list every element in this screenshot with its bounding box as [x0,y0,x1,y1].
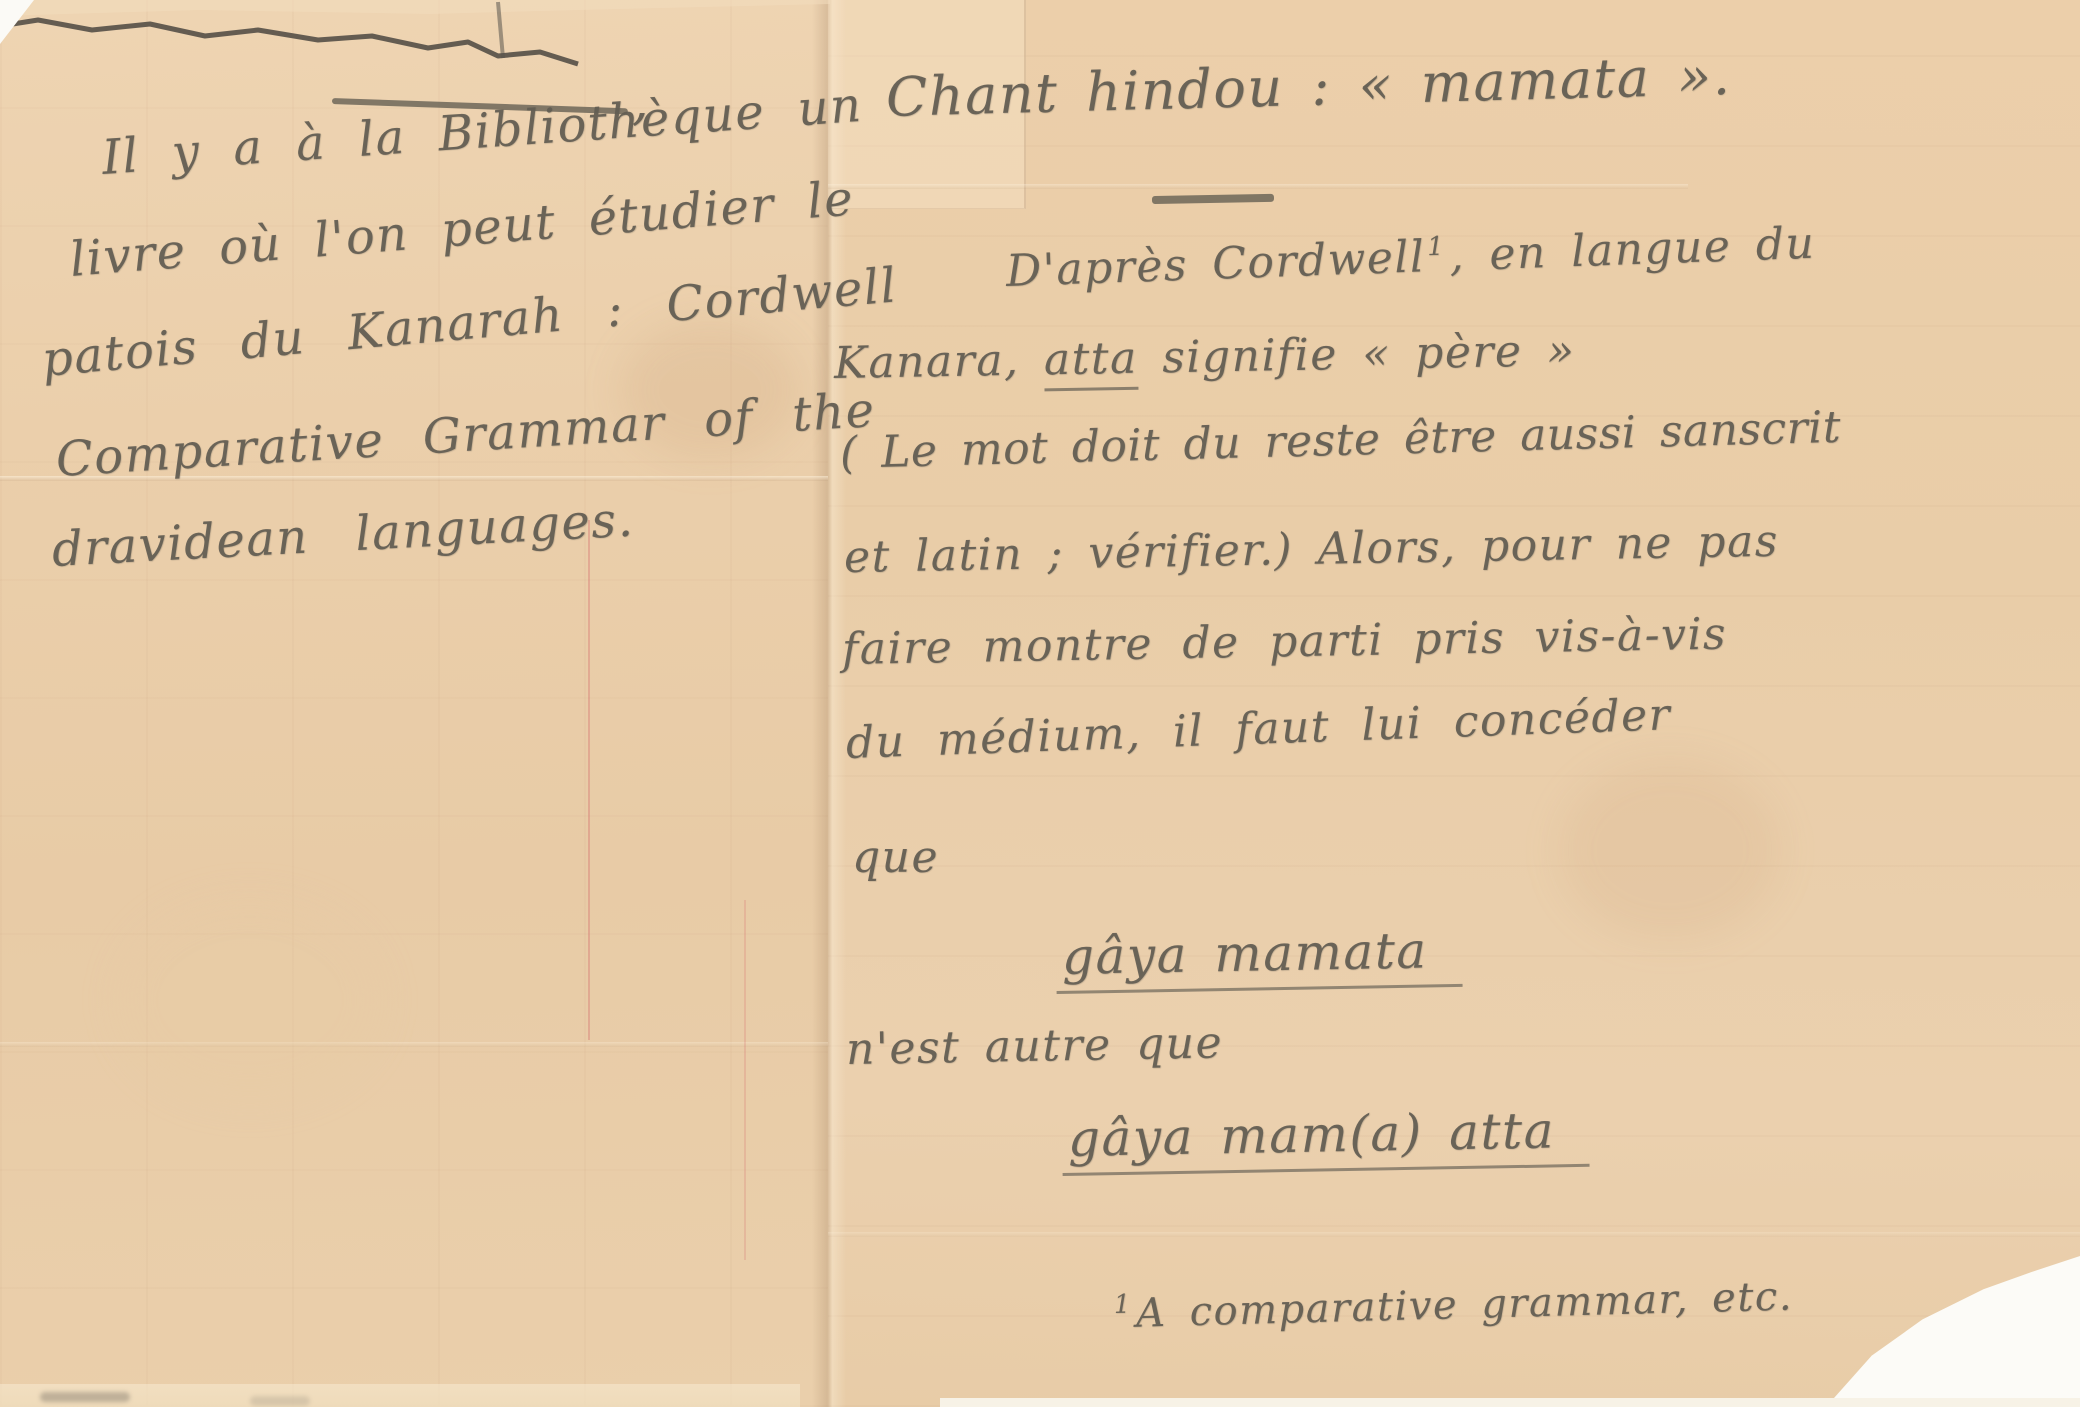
underlined-phrase-gaya-mamata: gâya mamata [1055,921,1462,994]
underlined-word-atta: atta [1043,333,1138,392]
right-page-crease-2 [828,1232,2080,1237]
key-phrase: gâya mamata [1055,921,1462,986]
underlined-phrase-gaya-mama-atta: gâya mam(a) atta [1061,1101,1589,1176]
paper-highlight [120,900,380,1100]
pink-ruling-line-2 [744,900,746,1260]
connector-line: n'est autre que [846,1017,1224,1075]
handwritten-line: que [852,832,939,883]
bottom-torn-sliver [940,1398,2080,1407]
ghost-writing [40,1392,130,1402]
line-segment: signifie « père » [1137,325,1576,384]
manuscript-scan: , Il y a à la Bibliothèque un livre où l… [0,0,2080,1407]
left-page-crease-2 [0,1042,828,1047]
key-phrase: gâya mam(a) atta [1061,1101,1589,1168]
footnote-marker: 1 [1113,1289,1132,1319]
footnote-reference: 1 [1427,232,1446,263]
pink-ruling-line [588,520,590,1040]
line-segment: Kanara, [834,334,1045,389]
torn-top-edge [0,0,830,90]
paper-stain-2 [1560,760,1780,940]
right-page-crease [828,184,1688,189]
ghost-writing-2 [250,1396,310,1406]
